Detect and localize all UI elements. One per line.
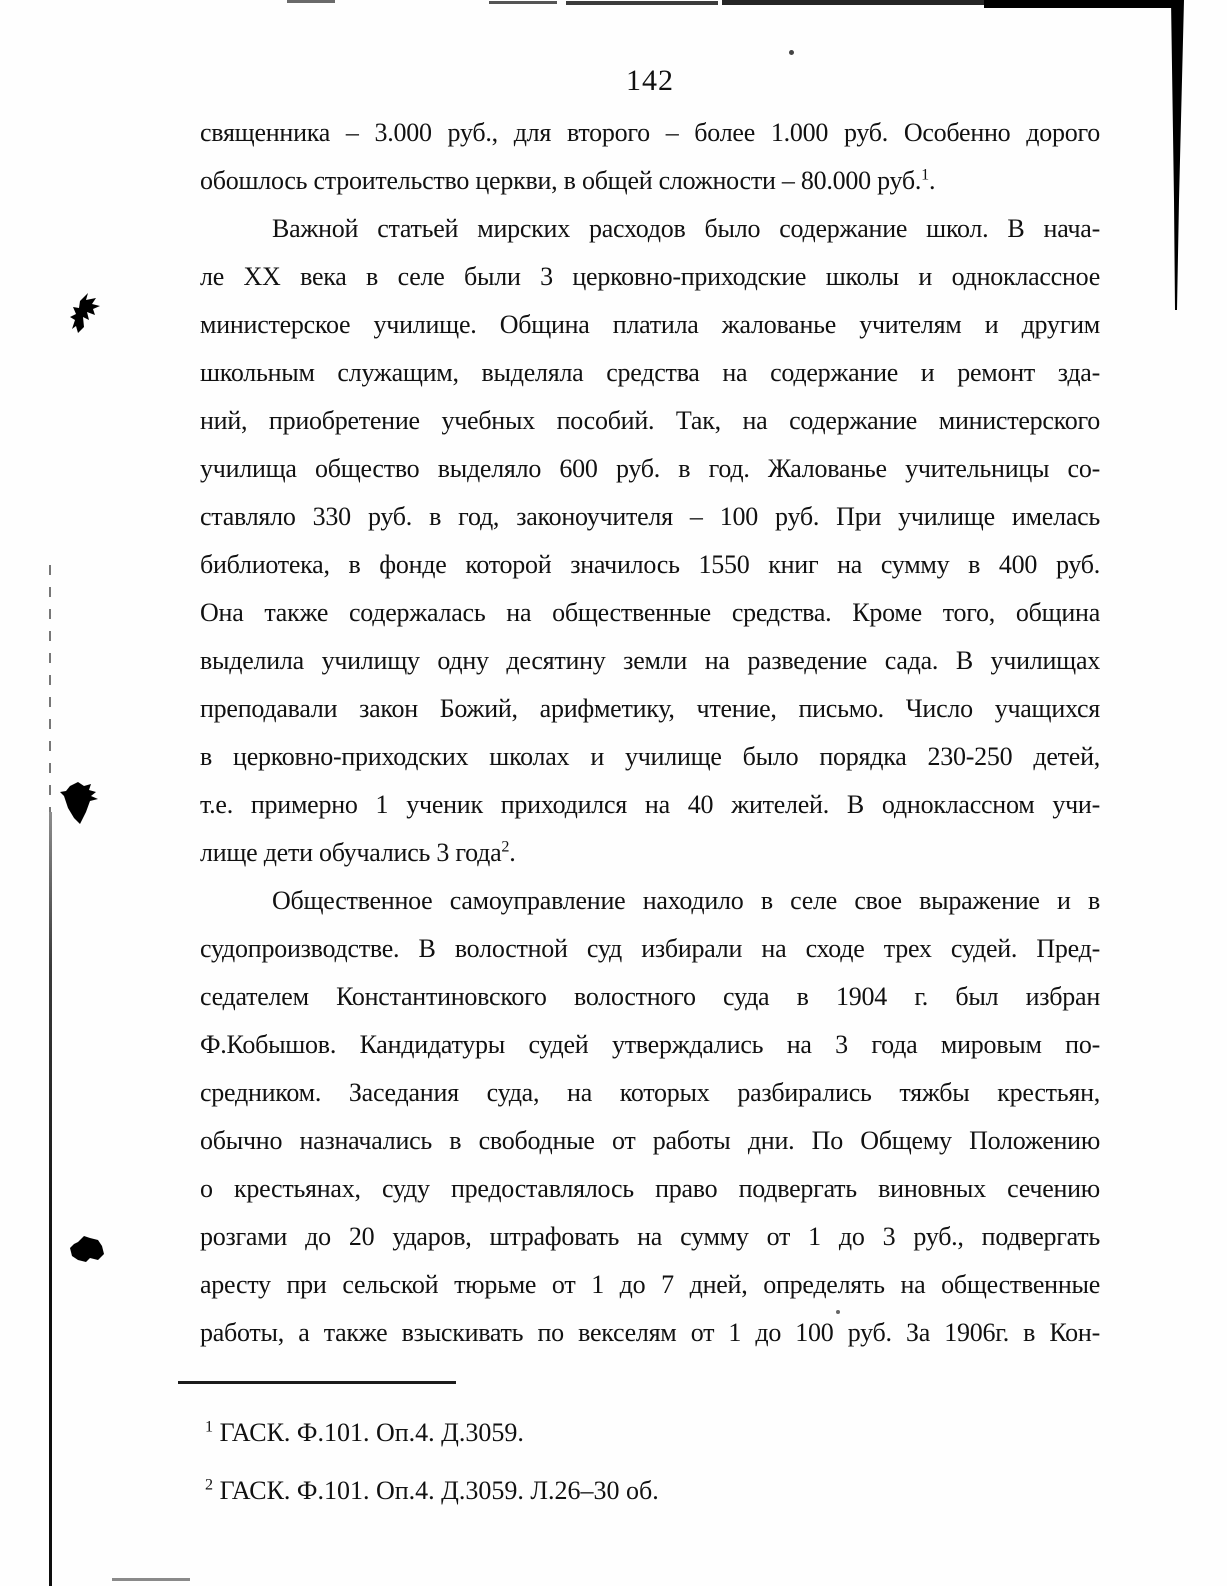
- page-number: 142: [200, 64, 1100, 98]
- text-line: министерское училище. Община платила жал…: [200, 301, 1100, 349]
- text-line: ле XX века в селе были 3 церковно-приход…: [200, 253, 1100, 301]
- scan-edge-bottom-segment: [112, 1578, 190, 1581]
- footnotes: 1 ГАСК. Ф.101. Оп.4. Д.3059.2 ГАСК. Ф.10…: [205, 1404, 1105, 1520]
- scan-edge-top-segment: [566, 1, 718, 5]
- text-line: Ф.Кобышов. Кандидатуры судей утверждалис…: [200, 1021, 1100, 1069]
- footnote-separator-rule: [178, 1381, 456, 1384]
- text-line: преподавали закон Божий, арифметику, чте…: [200, 685, 1100, 733]
- text-line: аресту при сельской тюрьме от 1 до 7 дне…: [200, 1261, 1100, 1309]
- text-line: о крестьянах, суду предоставлялось право…: [200, 1165, 1100, 1213]
- scan-edge-left-dashed-line: [49, 565, 51, 815]
- ink-blot: [68, 1234, 106, 1266]
- scan-edge-left-line: [49, 812, 52, 1586]
- text-line: средником. Заседания суда, на которых ра…: [200, 1069, 1100, 1117]
- text-line: Общественное самоуправление находило в с…: [200, 877, 1100, 925]
- text-line: выделила училищу одну десятину земли на …: [200, 637, 1100, 685]
- scan-speck: [789, 50, 794, 55]
- text-line: седателем Константиновского волостного с…: [200, 973, 1100, 1021]
- text-line: священника – 3.000 руб., для второго – б…: [200, 109, 1100, 157]
- text-line: училища общество выделяло 600 руб. в год…: [200, 445, 1100, 493]
- text-line: в церковно-приходских школах и училище б…: [200, 733, 1100, 781]
- body-text: священника – 3.000 руб., для второго – б…: [200, 109, 1100, 1357]
- text-line: ний, приобретение учебных пособий. Так, …: [200, 397, 1100, 445]
- ink-blot: [58, 780, 102, 832]
- scan-edge-top-segment: [722, 0, 986, 5]
- scanned-document-page: 142 священника – 3.000 руб., для второго…: [0, 0, 1227, 1586]
- text-line: школьным служащим, выделяла средства на …: [200, 349, 1100, 397]
- ink-blot: [66, 293, 104, 343]
- text-line: Она также содержалась на общественные ср…: [200, 589, 1100, 637]
- footnote: 1 ГАСК. Ф.101. Оп.4. Д.3059.: [205, 1404, 1105, 1462]
- text-line: розгами до 20 ударов, штрафовать на сумм…: [200, 1213, 1100, 1261]
- text-line: работы, а также взыскивать по векселям о…: [200, 1309, 1100, 1357]
- text-line: судопроизводстве. В волостной суд избира…: [200, 925, 1100, 973]
- scan-edge-top-segment: [287, 0, 335, 3]
- text-line: обычно назначались в свободные от работы…: [200, 1117, 1100, 1165]
- scan-edge-right-border: [1165, 0, 1190, 315]
- text-line: Важной статьей мирских расходов было сод…: [200, 205, 1100, 253]
- scan-edge-top-segment: [984, 0, 1182, 8]
- text-line: обошлось строительство церкви, в общей с…: [200, 157, 1100, 205]
- text-line: т.е. примерно 1 ученик приходился на 40 …: [200, 781, 1100, 829]
- text-line: лище дети обучались 3 года2.: [200, 829, 1100, 877]
- text-line: библиотека, в фонде которой значилось 15…: [200, 541, 1100, 589]
- footnote: 2 ГАСК. Ф.101. Оп.4. Д.3059. Л.26–30 об.: [205, 1462, 1105, 1520]
- scan-edge-top-segment: [489, 1, 557, 4]
- scan-speck: [836, 1310, 840, 1314]
- text-line: ставляло 330 руб. в год, законоучителя –…: [200, 493, 1100, 541]
